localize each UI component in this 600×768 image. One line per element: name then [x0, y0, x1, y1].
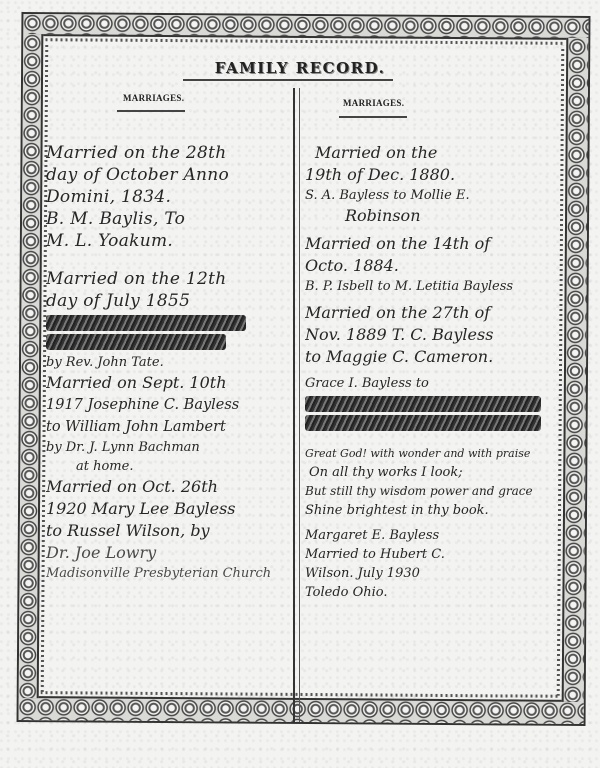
obscured-line: [obscured] Baylis To	[46, 315, 246, 331]
entry-line: B. P. Isbell to M. Letitia Bayless	[305, 277, 551, 296]
entry-line: to Russel Wilson, by	[46, 520, 290, 542]
verse-line: Shine brightest in thy book.	[305, 501, 551, 520]
marriages-column-left: Married on the 28th day of October Anno …	[46, 142, 290, 583]
entry-line: day of October Anno	[46, 164, 290, 186]
marriage-entry: Married on the 12th day of July 1855 [ob…	[46, 268, 290, 372]
entry-line: Margaret E. Bayless	[305, 526, 551, 545]
entry-line: Madisonville Presbyterian Church	[46, 564, 290, 583]
entry-line: day of July 1855	[46, 290, 290, 312]
entry-line: Married to Hubert C.	[305, 545, 551, 564]
entry-line: Octo. 1884.	[305, 255, 551, 277]
marriages-column-right: Married on the 19th of Dec. 1880. S. A. …	[305, 142, 551, 602]
entry-line: Dr. Joe Lowry	[46, 542, 290, 564]
entry-line: Married on Sept. 10th	[46, 372, 290, 394]
border-band-left	[19, 34, 44, 698]
entry-line: Robinson	[305, 205, 551, 227]
marriage-entry: Married on the 19th of Dec. 1880. S. A. …	[305, 142, 551, 227]
column-heading-right: MARRIAGES.	[343, 98, 404, 108]
entry-line: Married on the 14th of	[305, 233, 551, 255]
entry-line: Wilson. July 1930	[305, 564, 551, 583]
hymn-verse: Great God! with wonder and with praise O…	[305, 444, 551, 520]
scanned-page: FAMILY RECORD. MARRIAGES. MARRIAGES. Mar…	[0, 0, 600, 768]
entry-line: Married on the 12th	[46, 268, 290, 290]
obscured-line: [obscured]	[305, 415, 541, 431]
entry-line: S. A. Bayless to Mollie E.	[305, 186, 551, 205]
entry-line: M. L. Yoakum.	[46, 230, 290, 252]
entry-line: by Dr. J. Lynn Bachman	[46, 438, 290, 457]
entry-line: Nov. 1889 T. C. Bayless	[305, 324, 551, 346]
marriage-entry: Married on Sept. 10th 1917 Josephine C. …	[46, 372, 290, 476]
border-band-top	[23, 14, 588, 40]
entry-line: 1920 Mary Lee Bayless	[46, 498, 290, 520]
page-title: FAMILY RECORD.	[0, 59, 600, 77]
marriage-entry: Grace I. Bayless to [obscured] July 25 […	[305, 374, 551, 431]
entry-line: Toledo Ohio.	[305, 583, 551, 602]
border-band-bottom	[19, 696, 584, 724]
column-heading-left: MARRIAGES.	[123, 93, 184, 103]
entry-line: Married on the 28th	[46, 142, 290, 164]
border-band-right	[562, 38, 589, 702]
marriage-entry: Married on the 14th of Octo. 1884. B. P.…	[305, 233, 551, 296]
entry-line: Domini, 1834.	[46, 186, 290, 208]
entry-line: 1917 Josephine C. Bayless	[46, 394, 290, 416]
heading-rule-left	[117, 110, 185, 112]
title-rule	[183, 79, 393, 81]
column-divider	[293, 88, 300, 722]
verse-line: But still thy wisdom power and grace	[305, 482, 551, 501]
obscured-line: [obscured] July 25	[305, 396, 541, 412]
heading-rule-right	[339, 116, 407, 118]
obscured-line: H. C. [obscured]	[46, 334, 226, 350]
marriage-entry: Married on Oct. 26th 1920 Mary Lee Bayle…	[46, 476, 290, 583]
entry-line: to Maggie C. Cameron.	[305, 346, 551, 368]
entry-line: Grace I. Bayless to	[305, 374, 551, 393]
entry-line: Married on the 27th of	[305, 302, 551, 324]
marriage-entry: Married on the 27th of Nov. 1889 T. C. B…	[305, 302, 551, 368]
entry-line: Married on the	[305, 142, 551, 164]
entry-line: Married on Oct. 26th	[46, 476, 290, 498]
entry-line: to William John Lambert	[46, 416, 290, 438]
verse-line: On all thy works I look;	[305, 463, 551, 482]
entry-line: at home.	[46, 457, 290, 476]
verse-line: Great God! with wonder and with praise	[305, 444, 551, 463]
entry-line: B. M. Baylis, To	[46, 208, 290, 230]
entry-line: 19th of Dec. 1880.	[305, 164, 551, 186]
marriage-entry: Married on the 28th day of October Anno …	[46, 142, 290, 252]
marriage-entry: Margaret E. Bayless Married to Hubert C.…	[305, 526, 551, 602]
entry-line: by Rev. John Tate.	[46, 353, 290, 372]
